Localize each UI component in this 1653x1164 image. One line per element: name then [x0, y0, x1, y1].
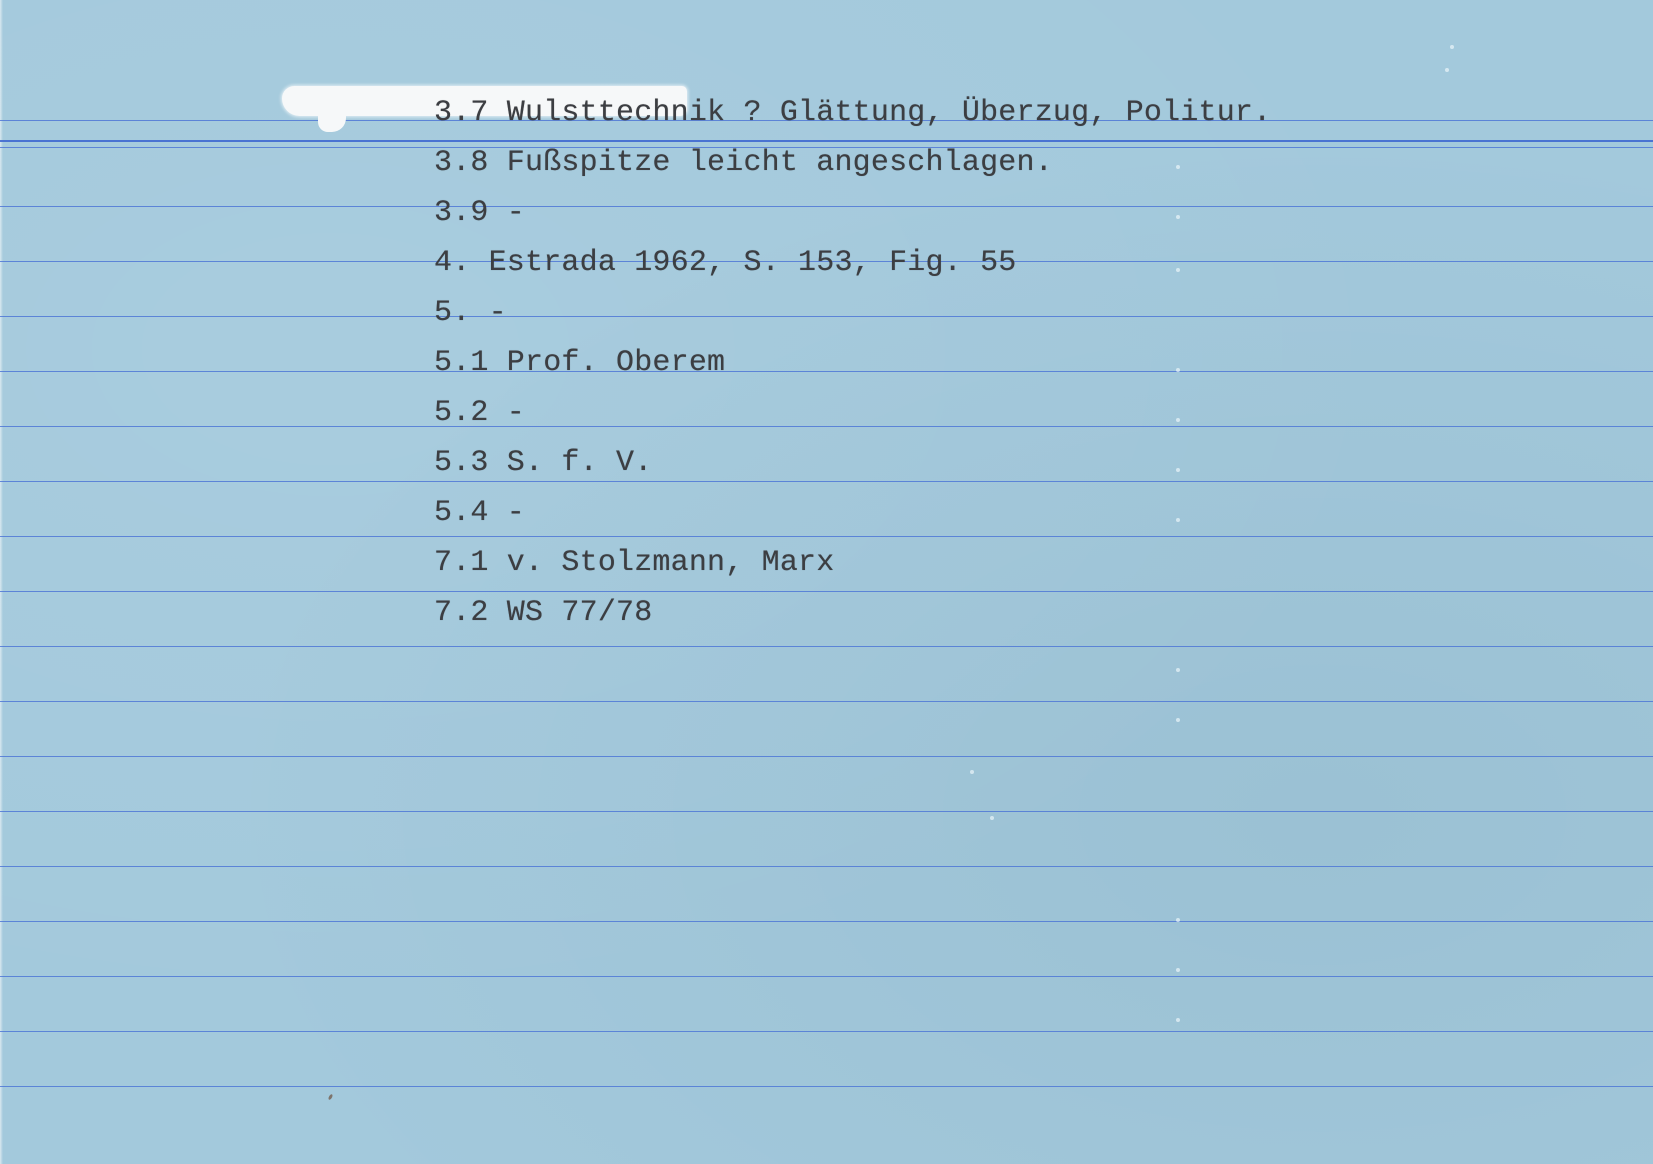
ruled-line: [0, 371, 1653, 372]
paper-speck: [1176, 418, 1180, 422]
index-card: 3.7 Wulsttechnik ? Glättung, Überzug, Po…: [0, 0, 1653, 1164]
paper-speck: [970, 770, 974, 774]
entry-3-9: 3.9 -: [434, 196, 525, 230]
header-double-rule: [0, 140, 1653, 142]
paper-speck: [1176, 165, 1180, 169]
ruled-line: [0, 811, 1653, 812]
paper-stain: [328, 1094, 334, 1101]
entry-3-8: 3.8 Fußspitze leicht angeschlagen.: [434, 146, 1053, 180]
ruled-line: [0, 976, 1653, 977]
paper-speck: [1176, 518, 1180, 522]
paper-speck: [990, 816, 994, 820]
entry-5: 5. -: [434, 296, 507, 330]
paper-speck: [1176, 368, 1180, 372]
ruled-line: [0, 1031, 1653, 1032]
ruled-line: [0, 701, 1653, 702]
entry-5-4: 5.4 -: [434, 496, 525, 530]
entry-4: 4. Estrada 1962, S. 153, Fig. 55: [434, 246, 1017, 280]
ruled-line: [0, 866, 1653, 867]
entry-3-7: 3.7 Wulsttechnik ? Glättung, Überzug, Po…: [434, 96, 1271, 130]
ruled-line: [0, 481, 1653, 482]
ruled-line: [0, 1086, 1653, 1087]
paper-speck: [1176, 918, 1180, 922]
ruled-line: [0, 536, 1653, 537]
paper-speck: [1176, 215, 1180, 219]
ruled-line: [0, 756, 1653, 757]
entry-5-1: 5.1 Prof. Oberem: [434, 346, 725, 380]
paper-speck: [1176, 968, 1180, 972]
entry-7-2: 7.2 WS 77/78: [434, 596, 652, 630]
entry-5-3: 5.3 S. f. V.: [434, 446, 652, 480]
entry-5-2: 5.2 -: [434, 396, 525, 430]
paper-speck: [1176, 718, 1180, 722]
ruled-line: [0, 206, 1653, 207]
ruled-line: [0, 646, 1653, 647]
paper-speck: [1176, 268, 1180, 272]
paper-speck: [1450, 45, 1454, 49]
ruled-line: [0, 316, 1653, 317]
paper-speck: [1445, 68, 1449, 72]
entry-7-1: 7.1 v. Stolzmann, Marx: [434, 546, 834, 580]
ruled-line: [0, 921, 1653, 922]
ruled-line: [0, 426, 1653, 427]
card-left-edge: [0, 0, 3, 1164]
paper-speck: [1176, 668, 1180, 672]
correction-fluid-drip: [318, 108, 346, 132]
paper-speck: [1176, 468, 1180, 472]
paper-speck: [1176, 1018, 1180, 1022]
ruled-line: [0, 591, 1653, 592]
